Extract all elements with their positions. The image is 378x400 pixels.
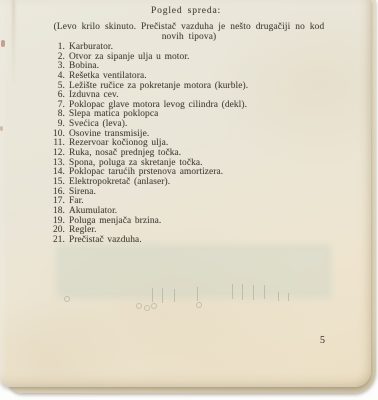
list-item: 3. Bobina.	[0, 62, 372, 72]
item-label: Prečistač vazduha.	[65, 236, 142, 246]
parts-list: 1. Karburator. 2. Otvor za sipanje ulja …	[0, 43, 372, 245]
booklet-page: Pogled spreda: (Levo krilo skinuto. Preč…	[0, 0, 371, 387]
list-item: 5. Ležište ručice za pokretanje motora (…	[0, 82, 372, 92]
list-item: 8. Slepa matica poklopca	[0, 110, 372, 120]
item-number: 1.	[0, 43, 65, 53]
item-number: 5.	[0, 82, 65, 92]
list-item: 21. Prečistač vazduha.	[0, 236, 372, 246]
showthrough-illustration	[56, 244, 332, 299]
intro-note: (Levo krilo skinuto. Prečistač vazduha j…	[40, 22, 338, 43]
item-number: 6.	[0, 91, 65, 101]
scanned-booklet-page: Pogled spreda: (Levo krilo skinuto. Preč…	[0, 0, 378, 400]
list-item: 7. Poklopac glave motora levog cilindra …	[0, 101, 372, 111]
item-number: 4.	[0, 72, 65, 82]
page-title: Pogled spreda:	[0, 5, 372, 16]
list-item: 2. Otvor za sipanje ulja u motor.	[0, 53, 372, 63]
item-number: 21.	[0, 236, 65, 246]
item-number: 2.	[0, 53, 65, 63]
item-number: 3.	[0, 62, 65, 72]
page-number: 5	[320, 335, 325, 346]
item-number: 7.	[0, 101, 65, 111]
item-number: 8.	[0, 110, 65, 120]
intro-note-line1: (Levo krilo skinuto. Prečistač vazduha j…	[40, 22, 338, 32]
